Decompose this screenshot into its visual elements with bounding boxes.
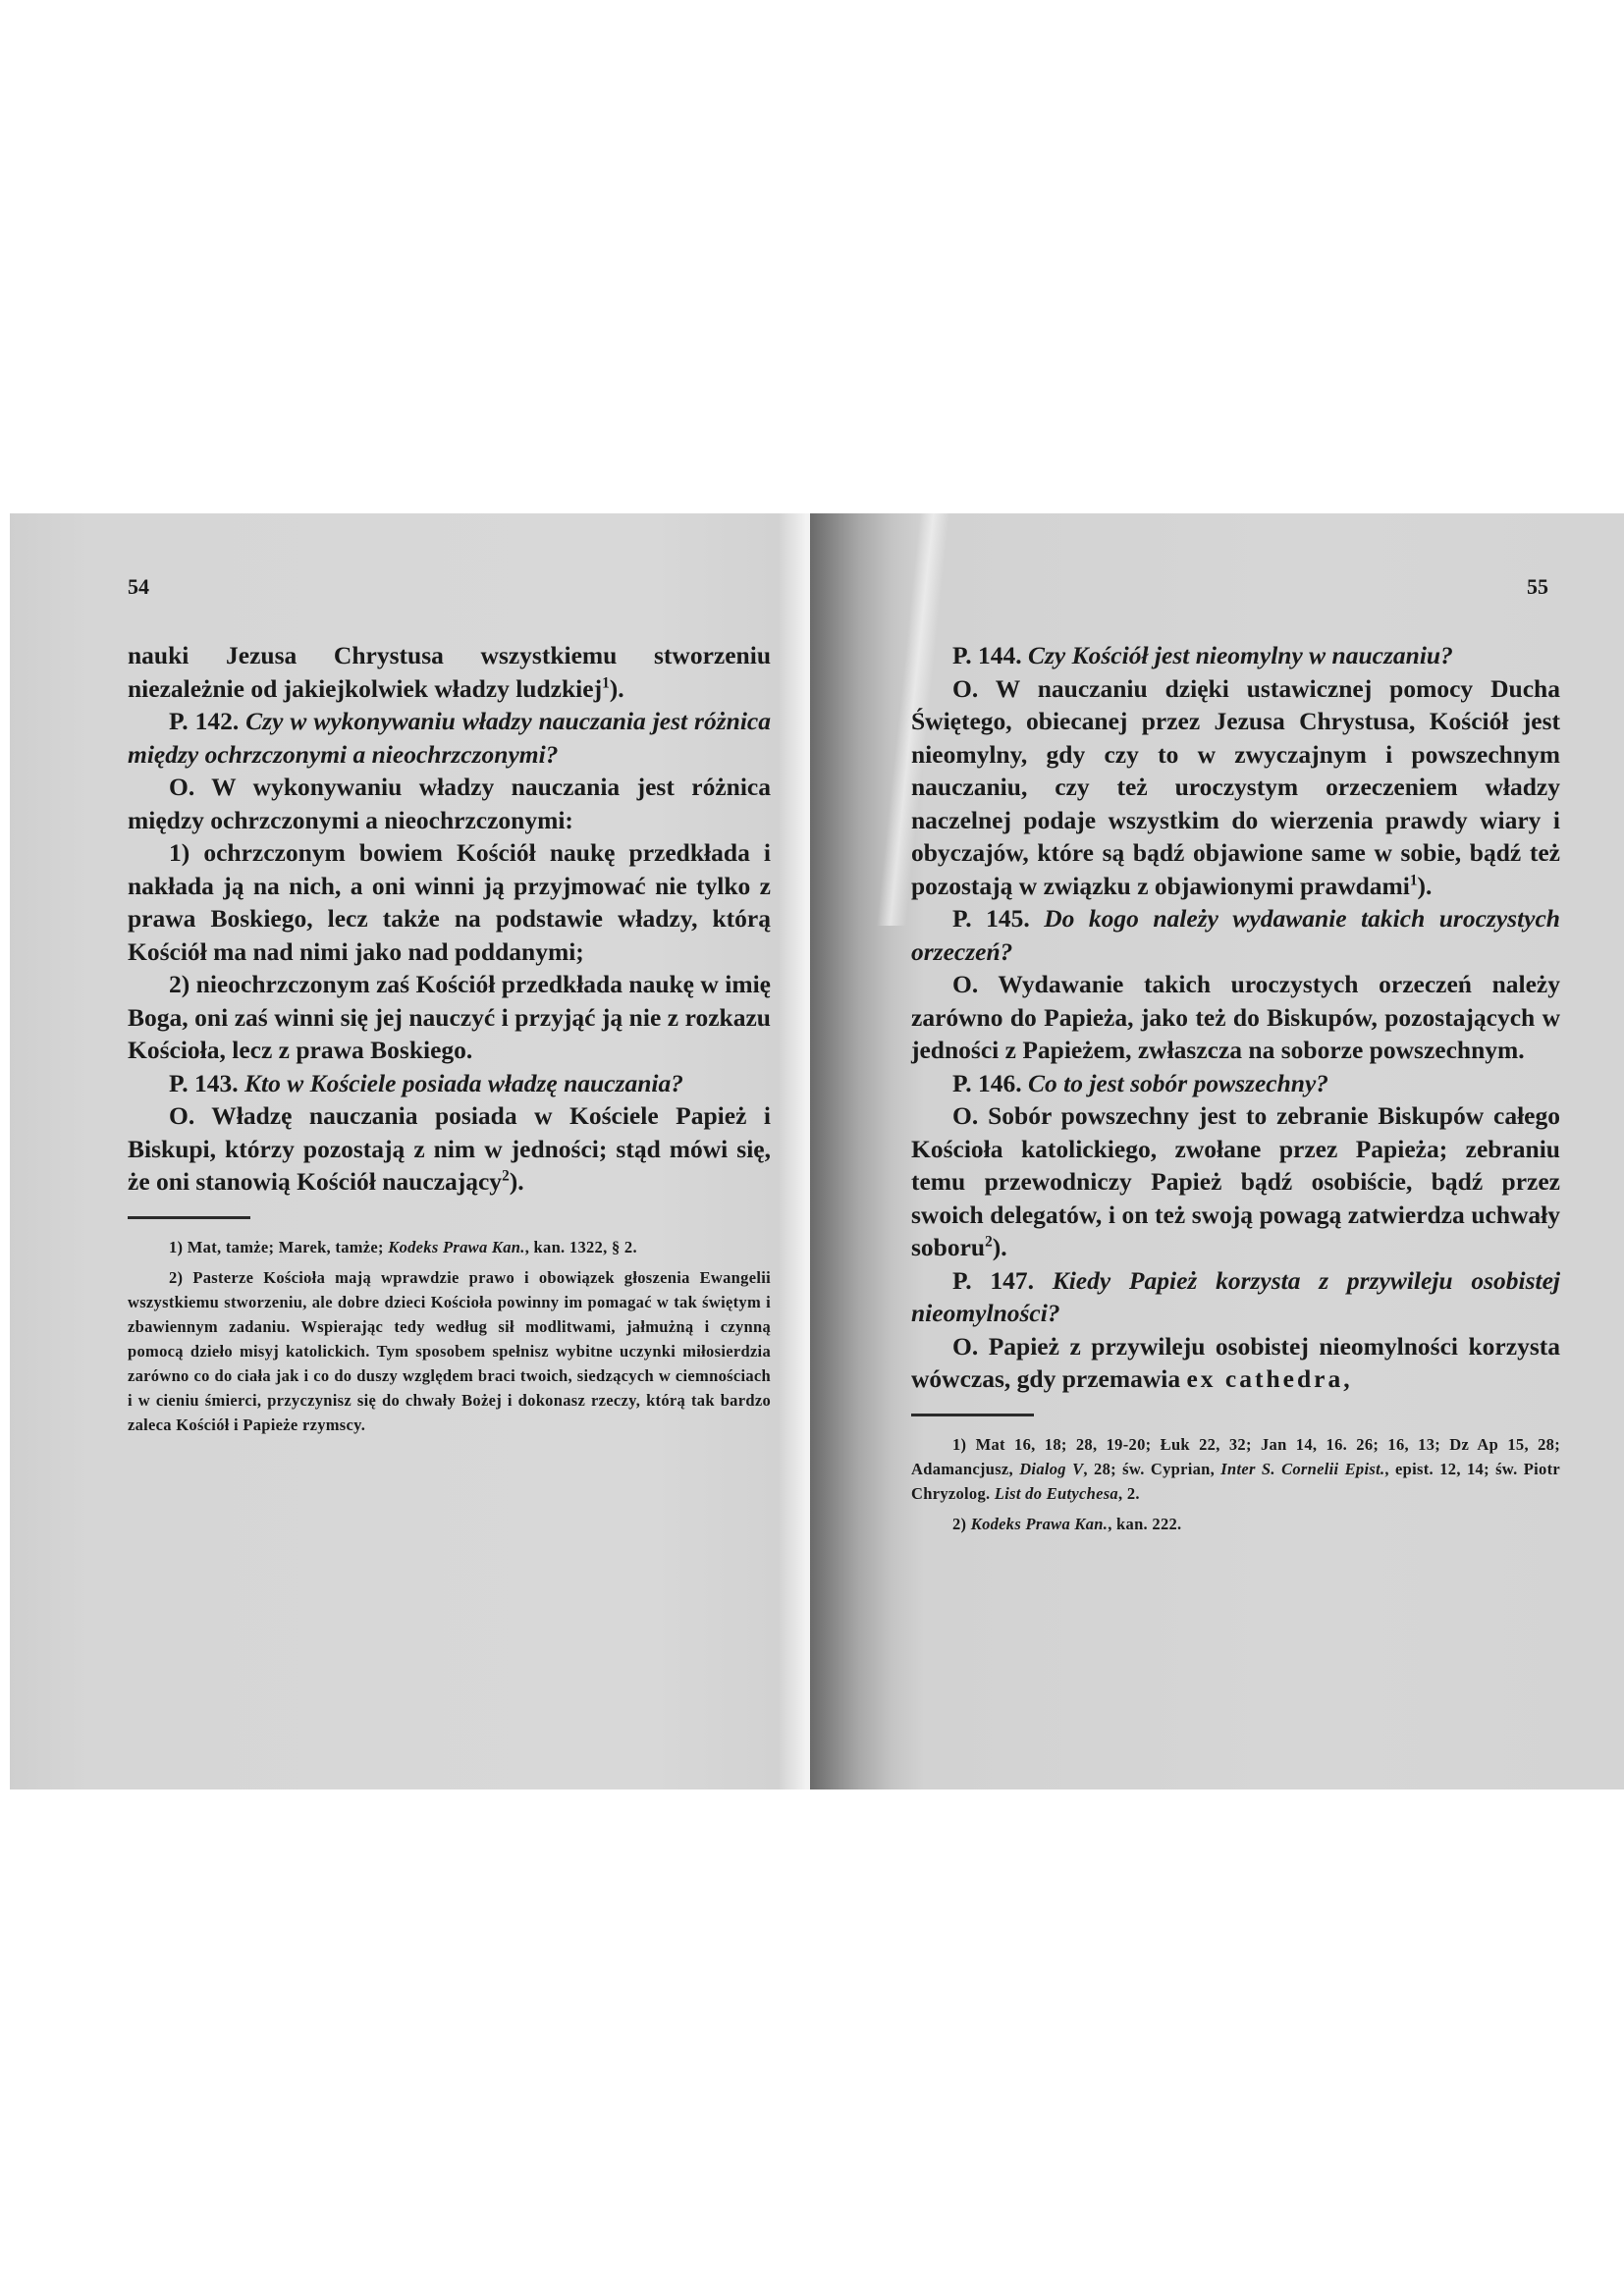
footnote-divider	[128, 1216, 250, 1219]
footnote-ref: 2	[502, 1168, 510, 1185]
citation-title: Dialog V	[1019, 1460, 1083, 1478]
right-paragraphs: P. 144. Czy Kościół jest nieomylny w nau…	[911, 639, 1560, 1396]
footnote-ref: 1	[1410, 872, 1418, 888]
left-page-body: nauki Jezusa Chrystusa wszystkiemu stwor…	[128, 639, 771, 1443]
paragraph: nauki Jezusa Chrystusa wszystkiemu stwor…	[128, 639, 771, 705]
question-number: P. 142.	[169, 707, 245, 735]
question-text: Co to jest sobór powszechny?	[1028, 1069, 1328, 1097]
book-scan: 54 nauki Jezusa Chrystusa wszystkiemu st…	[10, 513, 1624, 1789]
question: P. 145. Do kogo należy wydawanie takich …	[911, 902, 1560, 968]
question: P. 146. Co to jest sobór powszechny?	[911, 1067, 1560, 1100]
footnote: 2) Kodeks Prawa Kan., kan. 222.	[911, 1512, 1560, 1536]
question-text: Kto w Kościele posiada władzę nauczania?	[244, 1069, 683, 1097]
question: P. 142. Czy w wykonywaniu władzy nauczan…	[128, 705, 771, 771]
question-number: P. 147.	[952, 1266, 1053, 1295]
footnote: 2) Pasterze Kościoła mają wprawdzie praw…	[128, 1265, 771, 1437]
question: P. 143. Kto w Kościele posiada władzę na…	[128, 1067, 771, 1100]
citation-title: Inter S. Cornelii Epist.	[1220, 1460, 1384, 1478]
footnote-marker: 1)	[952, 1435, 976, 1454]
left-footnotes: 1) Mat, tamże; Marek, tamże; Kodeks Praw…	[128, 1235, 771, 1437]
footnote: 1) Mat 16, 18; 28, 19-20; Łuk 22, 32; Ja…	[911, 1432, 1560, 1506]
question-number: P. 146.	[952, 1069, 1028, 1097]
footnote-text: , 28; św. Cyprian,	[1083, 1460, 1220, 1478]
footnote-text: Mat, tamże; Marek, tamże;	[188, 1238, 388, 1256]
right-page: 55 P. 144. Czy Kościół jest nieomylny w …	[810, 513, 1624, 1789]
question: P. 144. Czy Kościół jest nieomylny w nau…	[911, 639, 1560, 672]
citation-title: Kodeks Prawa Kan.	[971, 1515, 1108, 1533]
question-number: P. 145.	[952, 904, 1044, 933]
question-number: P. 144.	[952, 641, 1028, 669]
left-page: 54 nauki Jezusa Chrystusa wszystkiemu st…	[10, 513, 810, 1789]
left-paragraphs: nauki Jezusa Chrystusa wszystkiemu stwor…	[128, 639, 771, 1199]
footnote-text: , kan. 222.	[1108, 1515, 1181, 1533]
emphasis-spaced: ex cathedra	[1186, 1364, 1343, 1393]
question-text: Czy Kościół jest nieomylny w nauczaniu?	[1028, 641, 1453, 669]
question: P. 147. Kiedy Papież korzysta z przywile…	[911, 1264, 1560, 1330]
footnote: 1) Mat, tamże; Marek, tamże; Kodeks Praw…	[128, 1235, 771, 1259]
page-number-right: 55	[1527, 574, 1548, 600]
answer: O. W nauczaniu dzięki ustawicznej pomocy…	[911, 672, 1560, 903]
answer: O. Sobór powszechny jest to zebranie Bis…	[911, 1099, 1560, 1264]
right-footnotes: 1) Mat 16, 18; 28, 19-20; Łuk 22, 32; Ja…	[911, 1432, 1560, 1536]
answer: 2) nieochrzczonym zaś Kościół przedkłada…	[128, 968, 771, 1067]
answer: 1) ochrzczonym bowiem Kościół naukę prze…	[128, 836, 771, 968]
citation-title: List do Eutychesa	[995, 1484, 1118, 1503]
footnote-text: , kan. 1322, § 2.	[525, 1238, 637, 1256]
citation-title: Kodeks Prawa Kan.	[388, 1238, 524, 1256]
answer: O. W wykonywaniu władzy nauczania jest r…	[128, 771, 771, 836]
question-number: P. 143.	[169, 1069, 244, 1097]
footnote-text: Pasterze Kościoła mają wprawdzie prawo i…	[128, 1268, 771, 1434]
answer: O. Papież z przywileju osobistej nieomyl…	[911, 1330, 1560, 1396]
footnote-ref: 2	[985, 1234, 993, 1251]
footnote-marker: 2)	[169, 1268, 192, 1287]
page-number-left: 54	[128, 574, 149, 600]
footnote-marker: 1)	[169, 1238, 188, 1256]
footnote-ref: 1	[602, 674, 610, 691]
footnote-marker: 2)	[952, 1515, 971, 1533]
answer: O. Władzę nauczania posiada w Kościele P…	[128, 1099, 771, 1199]
footnote-divider	[911, 1414, 1034, 1416]
answer: O. Wydawanie takich uroczystych orzeczeń…	[911, 968, 1560, 1067]
footnote-text: , 2.	[1118, 1484, 1140, 1503]
right-page-body: P. 144. Czy Kościół jest nieomylny w nau…	[911, 639, 1560, 1542]
